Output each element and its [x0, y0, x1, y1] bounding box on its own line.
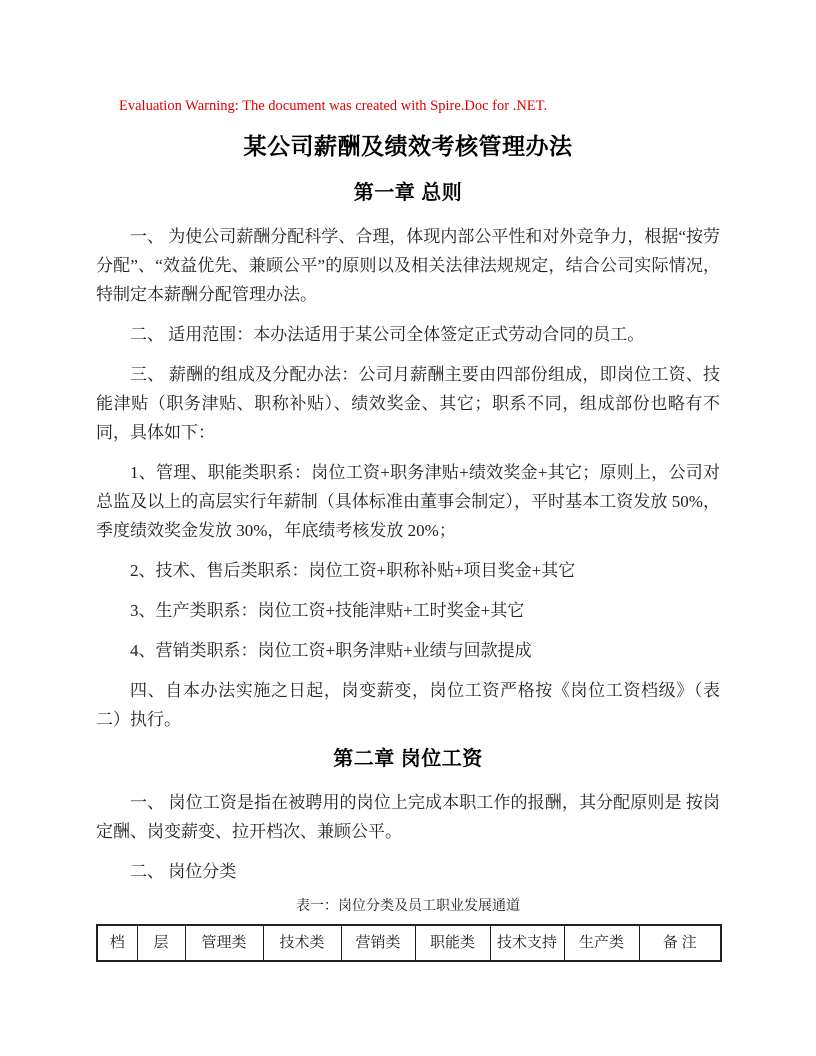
chapter1-paragraph-4: 四、自本办法实施之日起，岗变薪变，岗位工资严格按《岗位工资档级》（表二）执行。 [96, 676, 720, 734]
chapter1-paragraph-2: 二、 适用范围：本办法适用于某公司全体签定正式劳动合同的员工。 [96, 320, 720, 349]
chapter1-list-item-4: 4、营销类职系：岗位工资+职务津贴+业绩与回款提成 [96, 636, 720, 665]
chapter1-list-item-1: 1、管理、职能类职系：岗位工资+职务津贴+绩效奖金+其它；原则上，公司对总监及以… [96, 458, 720, 545]
chapter1-paragraph-1: 一、 为使公司薪酬分配科学、合理，体现内部公平性和对外竞争力，根据“按劳分配”、… [96, 222, 720, 309]
chapter-1-heading: 第一章 总则 [96, 180, 720, 206]
chapter1-list-item-3: 3、生产类职系：岗位工资+技能津贴+工时奖金+其它 [96, 596, 720, 625]
evaluation-warning-text: Evaluation Warning: The document was cre… [119, 98, 720, 115]
classification-table: 档 层 管理类 技术类 营销类 职能类 技术支持 生产类 备 注 [96, 924, 722, 962]
document-title: 某公司薪酬及绩效考核管理办法 [96, 133, 720, 159]
table-header-cell-zhichi: 技术支持 [490, 925, 564, 961]
table-caption: 表一：岗位分类及员工职业发展通道 [96, 898, 720, 916]
table-header-cell-yingxiao: 营销类 [341, 925, 415, 961]
table-header-cell-guanli: 管理类 [185, 925, 263, 961]
document-page: Evaluation Warning: The document was cre… [0, 0, 816, 1056]
table-header-cell-ceng: 层 [137, 925, 185, 961]
table-header-row: 档 层 管理类 技术类 营销类 职能类 技术支持 生产类 备 注 [97, 925, 721, 961]
table-header-cell-beizhu: 备 注 [639, 925, 721, 961]
chapter-2-heading: 第二章 岗位工资 [96, 746, 720, 772]
table-header-cell-jishu: 技术类 [263, 925, 341, 961]
table-header-cell-zhineng: 职能类 [415, 925, 490, 961]
chapter1-paragraph-3: 三、 薪酬的组成及分配办法：公司月薪酬主要由四部份组成，即岗位工资、技能津贴（职… [96, 360, 720, 447]
table-header-cell-shengchan: 生产类 [564, 925, 639, 961]
chapter2-paragraph-2: 二、 岗位分类 [96, 857, 720, 886]
chapter1-list-item-2: 2、技术、售后类职系：岗位工资+职称补贴+项目奖金+其它 [96, 556, 720, 585]
chapter2-paragraph-1: 一、 岗位工资是指在被聘用的岗位上完成本职工作的报酬，其分配原则是 按岗定酬、岗… [96, 788, 720, 846]
table-header-cell-dang: 档 [97, 925, 137, 961]
